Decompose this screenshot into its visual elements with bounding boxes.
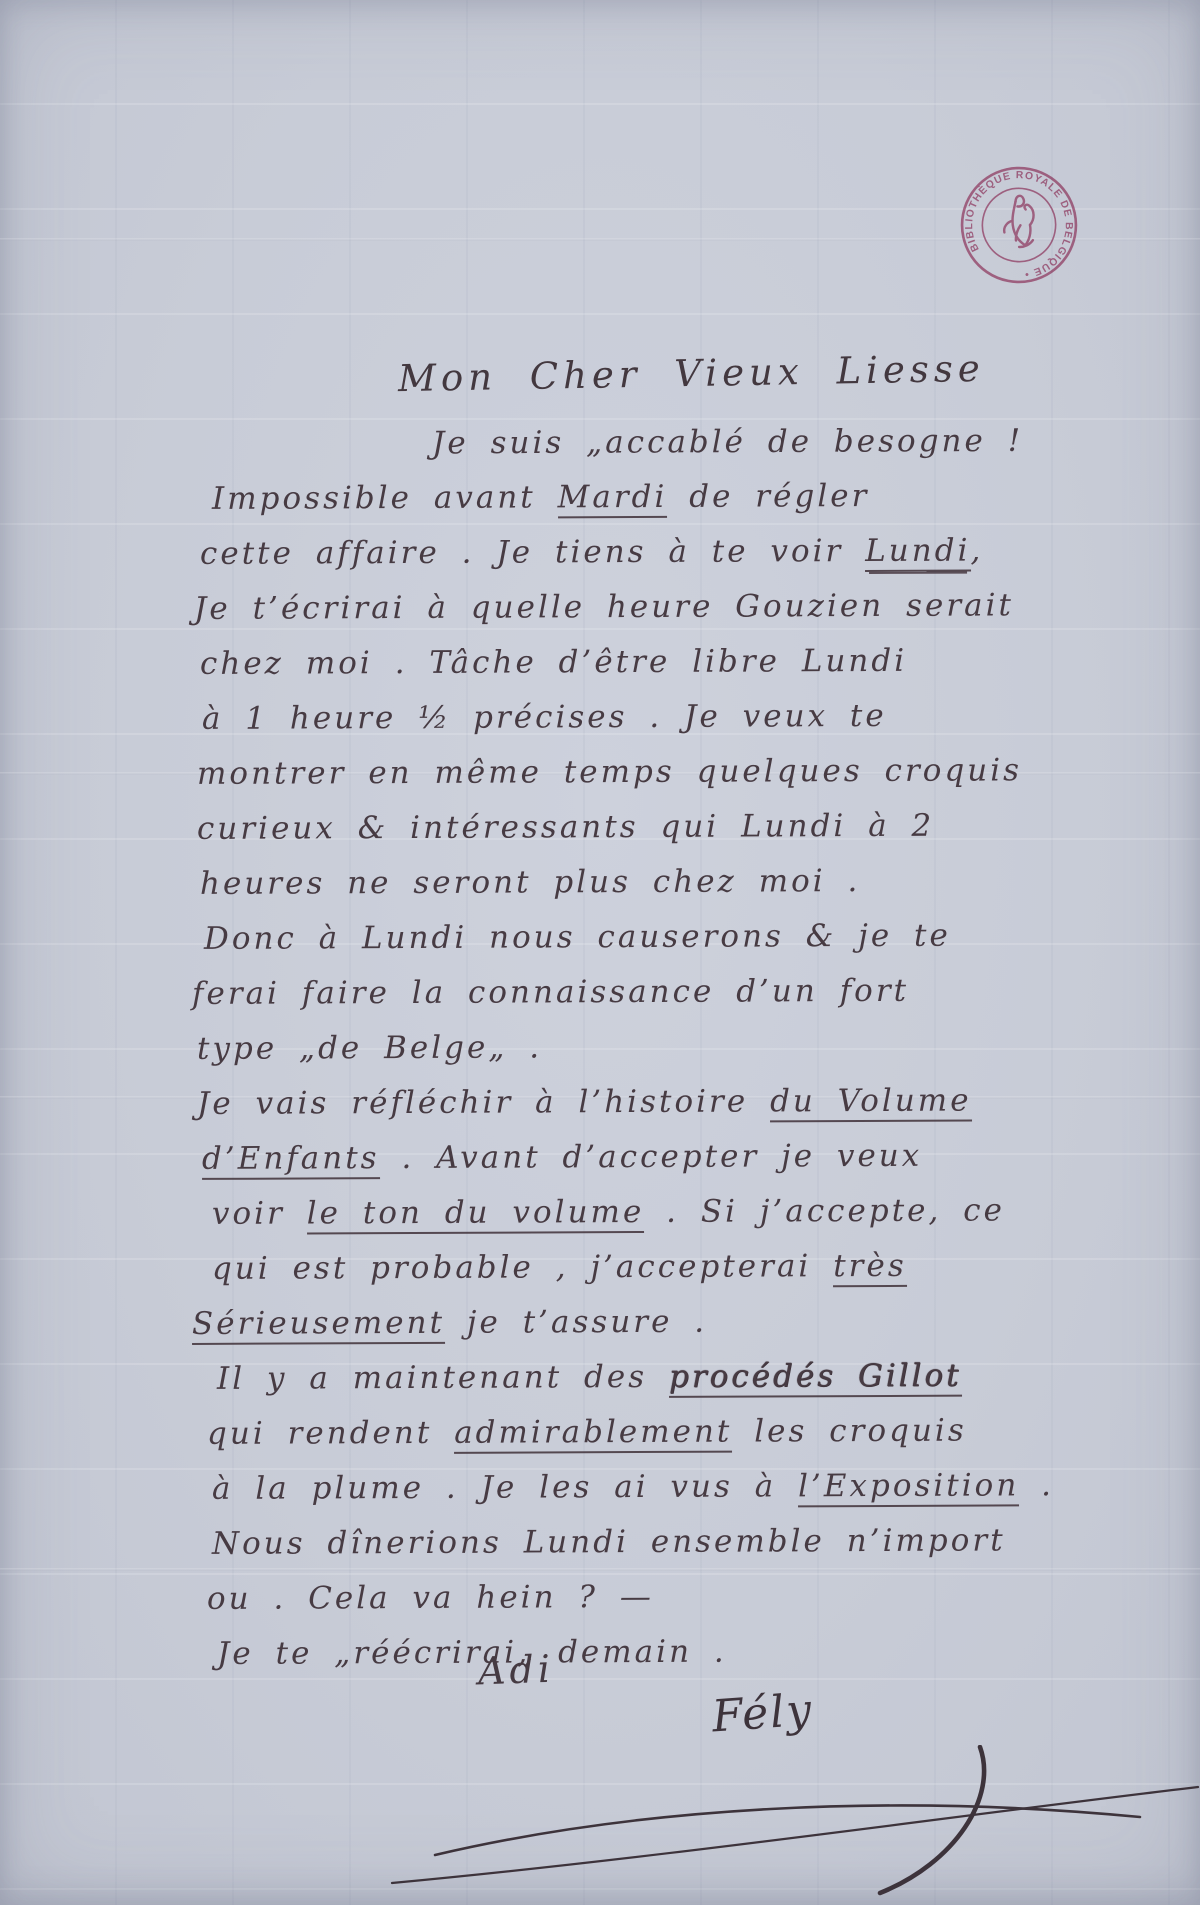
letter-line: à la plume . Je les ai vus à l’Expositio… <box>212 1467 1082 1526</box>
letter-line: Nous dînerions Lundi ensemble n’import <box>212 1522 1082 1581</box>
underlined-text: l’Exposition <box>798 1467 1019 1507</box>
letter-line: Je suis „accablé de besogne ! <box>432 423 1082 481</box>
letter-line: montrer en même temps quelques croquis <box>197 752 1082 811</box>
underlined-text: du Volume <box>770 1083 972 1123</box>
letter-line: ou . Cela va hein ? — <box>207 1577 1082 1636</box>
signature: Fély <box>710 1685 814 1743</box>
signature-flourish <box>380 1745 1200 1905</box>
line-text: voir <box>212 1195 307 1231</box>
line-text: Il y a maintenant des <box>217 1359 669 1397</box>
line-text: ou . Cela va hein ? — <box>207 1579 654 1617</box>
line-text: Je t’écrirai à quelle heure Gouzien sera… <box>194 587 1014 627</box>
letter-line: Sérieusement je t’assure . <box>192 1302 1082 1361</box>
letter-line: chez moi . Tâche d’être libre Lundi <box>200 642 1082 701</box>
line-text: à 1 heure ½ précises . Je veux te <box>202 698 887 737</box>
line-text: de régler <box>667 478 869 515</box>
underlined-text: Sérieusement <box>192 1305 445 1345</box>
line-text: Impossible avant <box>212 479 558 517</box>
line-text: Donc à Lundi nous causerons & je te <box>204 918 951 957</box>
letter-line: Donc à Lundi nous causerons & je te <box>204 917 1082 976</box>
line-text: Je te „réécrirai„ demain . <box>217 1634 727 1672</box>
line-text: cette affaire . Je tiens à te voir <box>200 533 865 572</box>
underlined-text: très <box>833 1248 907 1287</box>
letter-line: cette affaire . Je tiens à te voir Lundi… <box>200 532 1082 591</box>
letter-line: Impossible avant Mardi de régler <box>212 477 1082 536</box>
line-text: les croquis <box>732 1413 967 1450</box>
letter-line: d’Enfants . Avant d’accepter je veux <box>202 1137 1082 1196</box>
line-text: qui est probable , j’accepterai <box>212 1248 833 1287</box>
underlined-text: admirablement <box>454 1414 732 1454</box>
line-text: Je suis „accablé de besogne ! <box>432 423 1023 462</box>
letter-line: Je vais réfléchir à l’histoire du Volume <box>197 1082 1082 1141</box>
line-text: Je vais réfléchir à l’histoire <box>197 1083 770 1122</box>
line-text: ferai faire la connaissance d’un fort <box>192 973 909 1012</box>
line-text: à la plume . Je les ai vus à <box>212 1468 798 1507</box>
line-text: je t’assure . <box>445 1304 707 1341</box>
letter-line: Il y a maintenant des procédés Gillot <box>217 1357 1082 1416</box>
line-text: qui rendent <box>207 1415 454 1452</box>
lion-emblem-icon <box>992 194 1047 252</box>
line-text: heures ne seront plus chez moi . <box>200 863 861 902</box>
line-text: montrer en même temps quelques croquis <box>197 752 1022 792</box>
closing-word: Adi <box>477 1647 554 1694</box>
letter-line: qui rendent admirablement les croquis <box>207 1412 1082 1471</box>
line-text: . Avant d’accepter je veux <box>379 1138 922 1176</box>
letter-body: Je suis „accablé de besogne ! Impossible… <box>182 424 1082 1689</box>
letter-line: qui est probable , j’accepterai très <box>212 1247 1082 1306</box>
line-text: curieux & intéressants qui Lundi à 2 <box>197 808 934 847</box>
letter-line: à 1 heure ½ précises . Je veux te <box>202 697 1082 756</box>
line-text: chez moi . Tâche d’être libre Lundi <box>200 643 907 682</box>
letter-line: ferai faire la connaissance d’un fort <box>192 972 1082 1031</box>
line-text: . Si j’accepte, ce <box>644 1192 1005 1230</box>
underlined-text: procédés Gillot <box>669 1358 962 1398</box>
underlined-text: d’Enfants <box>202 1140 380 1180</box>
letter-line: voir le ton du volume . Si j’accepte, ce <box>212 1192 1082 1251</box>
line-text: Nous dînerions Lundi ensemble n’import <box>212 1522 1006 1561</box>
line-text: type „de Belge„ . <box>197 1029 542 1067</box>
underlined-text: Lundi <box>865 533 970 572</box>
letter-line: type „de Belge„ . <box>197 1027 1082 1086</box>
letter-line: Je te „réécrirai„ demain . <box>217 1632 1082 1691</box>
letter-line: heures ne seront plus chez moi . <box>200 862 1082 921</box>
letter-line: curieux & intéressants qui Lundi à 2 <box>197 807 1082 866</box>
underlined-text: Mardi <box>557 479 667 518</box>
letter-line: Je t’écrirai à quelle heure Gouzien sera… <box>194 587 1082 646</box>
line-text: , <box>970 533 983 569</box>
underlined-text: le ton du volume <box>307 1194 645 1234</box>
line-text: . <box>1019 1467 1054 1503</box>
